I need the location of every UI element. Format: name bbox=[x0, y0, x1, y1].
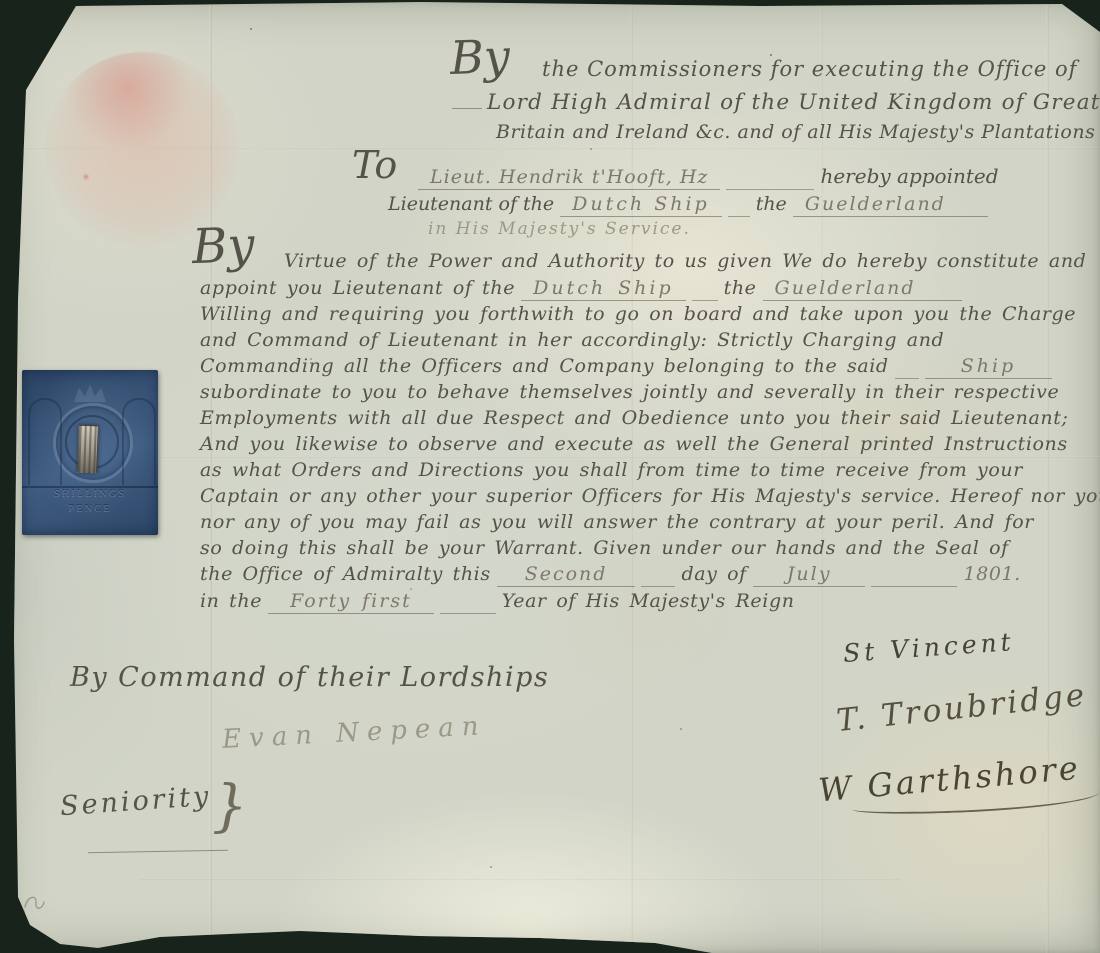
appointee-name: Lieut. Hendrik t'Hooft, Hz bbox=[418, 166, 720, 190]
body-fill-dutch-ship: Dutch Ship bbox=[521, 277, 686, 301]
body-line-10: Captain or any other your superior Offic… bbox=[200, 485, 1100, 507]
header-by-flourish: By bbox=[449, 33, 510, 81]
foxing-specks bbox=[250, 28, 252, 30]
body-fill-ship: Ship bbox=[925, 355, 1053, 379]
body-line-1: Virtue of the Power and Authority to us … bbox=[284, 250, 1086, 272]
header-rule-dash bbox=[452, 108, 482, 109]
service-line: in His Majesty's Service. bbox=[428, 219, 691, 239]
stamp-left-arch bbox=[28, 398, 62, 485]
date-month-fill: July bbox=[753, 563, 866, 587]
body-line-7: Employments with all due Respect and Obe… bbox=[200, 407, 1069, 429]
revenue-stamp: SHILLINGS PENCE bbox=[22, 370, 158, 535]
body-by-flourish: By bbox=[191, 221, 255, 271]
body-line-5-prefix: Commanding all the Officers and Company … bbox=[200, 355, 889, 377]
body-line-2-prefix: appoint you Lieutenant of the bbox=[200, 277, 515, 299]
header-line-2: Lord High Admiral of the United Kingdom … bbox=[487, 90, 1100, 115]
date-day-fill: Second bbox=[497, 563, 636, 587]
header-line-3: Britain and Ireland &c. and of all His M… bbox=[496, 121, 1100, 143]
fold-crease bbox=[140, 878, 900, 880]
rank-line-prefix: Lieutenant of the bbox=[388, 193, 554, 215]
seniority-brace: } bbox=[212, 774, 248, 839]
body-fill-guelderland: Guelderland bbox=[763, 277, 962, 301]
blank-rule bbox=[726, 164, 814, 190]
ship-name-fill: Guelderland bbox=[793, 193, 988, 217]
body-line-4: and Command of Lieutenant in her accordi… bbox=[200, 329, 944, 351]
stamp-fold-line bbox=[22, 486, 158, 488]
addressee-to-flourish: To bbox=[352, 146, 397, 184]
date-year: 1801. bbox=[963, 563, 1020, 585]
body-line-2-mid: the bbox=[724, 277, 757, 299]
blank-rule bbox=[895, 355, 919, 379]
stamp-right-arch bbox=[122, 398, 156, 485]
header-line-1: the Commissioners for executing the Offi… bbox=[542, 57, 1077, 81]
hereby-appointed-text: hereby appointed bbox=[820, 164, 998, 188]
blank-rule bbox=[871, 563, 957, 587]
body-line-11: nor any of you may fail as you will answ… bbox=[200, 511, 1034, 533]
blank-rule bbox=[641, 563, 675, 587]
fold-crease bbox=[0, 456, 1100, 458]
body-line-8: And you likewise to observe and execute … bbox=[200, 433, 1068, 455]
rank-fill-dutch-ship: Dutch Ship bbox=[560, 193, 722, 217]
body-line-9: as what Orders and Directions you shall … bbox=[200, 459, 1023, 481]
date-line-prefix: the Office of Admiralty this bbox=[200, 563, 491, 585]
blank-rule bbox=[692, 277, 718, 301]
body-line-6: subordinate to you to behave themselves … bbox=[200, 381, 1059, 403]
regnal-line-prefix: in the bbox=[200, 590, 262, 612]
by-command-line: By Command of their Lordships bbox=[70, 662, 549, 693]
stamp-text-pence: PENCE bbox=[22, 504, 158, 515]
regnal-year-fill: Forty first bbox=[268, 590, 434, 614]
blank-rule bbox=[440, 590, 496, 614]
parchment-document: SHILLINGS PENCE By the Commissioners for… bbox=[0, 0, 1100, 953]
regnal-line-suffix: Year of His Majesty's Reign bbox=[502, 590, 795, 612]
rank-line-mid: the bbox=[756, 193, 787, 215]
stamp-silver-foil bbox=[77, 425, 99, 474]
blank-rule bbox=[728, 193, 750, 217]
body-line-3: Willing and requiring you forthwith to g… bbox=[200, 303, 1076, 325]
stamp-crown-emboss bbox=[74, 384, 106, 402]
stamp-text-shillings: SHILLINGS bbox=[22, 489, 158, 500]
pencil-mark bbox=[12, 890, 48, 930]
date-line-mid: day of bbox=[681, 563, 746, 585]
body-line-12: so doing this shall be your Warrant. Giv… bbox=[200, 537, 1009, 559]
